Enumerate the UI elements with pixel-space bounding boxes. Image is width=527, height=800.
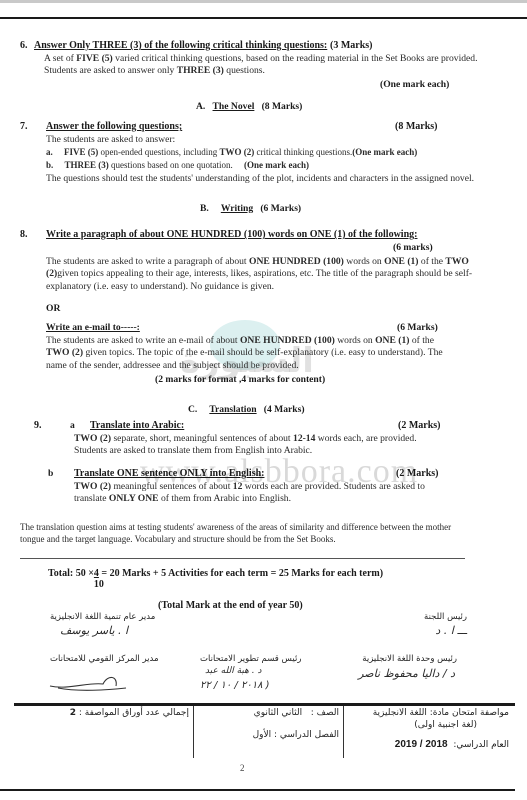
q7-intro: The students are asked to answer: — [46, 134, 175, 146]
q9a-marks: (2 Marks) — [398, 420, 441, 433]
page-edge — [0, 0, 527, 3]
q9-number: 9. — [34, 420, 42, 433]
english-unit-head-title: رئيس وحدة اللغة الانجليزية — [362, 654, 457, 665]
q7-item-a: a. FIVE (5) open-ended questions, includ… — [46, 147, 516, 159]
general-director-title: مدير عام تنمية اللغة الانجليزية — [50, 612, 155, 623]
q7-heading: Answer the following questions; — [46, 121, 182, 134]
q7-item-b: b. THREE (3) questions based on one quot… — [46, 160, 309, 172]
q9a-label: a — [70, 420, 75, 432]
q9b-marks: (2 Marks) — [396, 468, 439, 481]
exam-dev-head-title: رئيس قسم تطوير الامتحانات — [200, 654, 301, 665]
q8-marks: (6 marks) — [393, 242, 433, 254]
academic-year: العام الدراسي: 2019 / 2018 — [395, 739, 509, 752]
q8-heading: Write a paragraph of about ONE HUNDRED (… — [46, 229, 417, 242]
section-c-title: C. Translation (4 Marks) — [188, 404, 305, 416]
q6-heading: Answer Only THREE (3) of the following c… — [34, 40, 327, 53]
grade: الصف : الثاني الثانوي — [254, 708, 339, 720]
spec-subtitle: (لغة اجنبية اولى) — [414, 720, 477, 732]
q8-email-note: (2 marks for format ,4 marks for content… — [155, 374, 325, 386]
general-director-signature: ا . ياسر يوسف — [60, 624, 128, 638]
top-rule — [0, 17, 527, 19]
q8-email-marks: (6 Marks) — [397, 322, 438, 334]
q6-marks: (3 Marks) — [330, 40, 373, 53]
q8-body: The students are asked to write a paragr… — [46, 256, 501, 293]
exam-dev-head-signature: د . هبة الله عبد — [205, 666, 261, 678]
q6-number: 6. — [20, 40, 28, 53]
term: الفصل الدراسي : الأول — [253, 730, 339, 742]
q8-email-heading: Write an e-mail to-----: — [46, 322, 140, 334]
year-total: (Total Mark at the end of year 50) — [158, 600, 303, 613]
page-number: 2 — [240, 763, 245, 775]
q8-number: 8. — [20, 229, 28, 242]
national-center-director-title: مدير المركز القومي للامتحانات — [50, 654, 159, 665]
footer-divider-2 — [193, 706, 194, 758]
total-line: Total: 50 ×410 = 20 Marks + 5 Activities… — [48, 568, 383, 581]
q7-marks: (8 Marks) — [395, 121, 438, 134]
translation-note: The translation question aims at testing… — [20, 522, 460, 545]
q7-closing: The questions should test the students' … — [46, 173, 501, 185]
committee-head-title: رئيس اللجنة — [424, 612, 467, 623]
spec-title: مواصفة امتحان مادة: اللغة الانجليزية — [373, 708, 509, 720]
footer-divider-1 — [343, 706, 344, 758]
section-a-title: A. The Novel (8 Marks) — [196, 101, 302, 113]
q8-email-body: The students are asked to write an e-mai… — [46, 335, 446, 372]
divider — [20, 558, 465, 559]
q9a-heading: Translate into Arabic: — [90, 420, 184, 433]
english-unit-head-signature: د / داليا محفوظ ناصر — [358, 667, 455, 681]
bottom-rule — [0, 789, 515, 791]
exam-dev-head-date: ( ٢٠١٨ / ١٠ / ٢٢ — [200, 680, 270, 693]
q9b-body: TWO (2) meaningful sentences of about 12… — [74, 481, 454, 506]
q9b-heading: Translate ONE sentence ONLY into English… — [74, 468, 264, 481]
q7-number: 7. — [20, 121, 28, 134]
q6-body: A set of FIVE (5) varied critical thinki… — [44, 53, 504, 78]
q9b-label: b — [48, 468, 53, 480]
q9a-body: TWO (2) separate, short, meaningful sent… — [74, 433, 434, 458]
q6-note: (One mark each) — [380, 79, 449, 91]
total-pages: إجمالي عدد أوراق المواصفة : 2 — [70, 708, 189, 720]
national-center-director-signature — [48, 668, 128, 694]
section-b-title: B. Writing (6 Marks) — [200, 203, 301, 215]
q8-or: OR — [46, 303, 60, 315]
committee-head-signature: ـــ ا . د — [435, 624, 467, 638]
footer-top-rule — [14, 703, 515, 706]
